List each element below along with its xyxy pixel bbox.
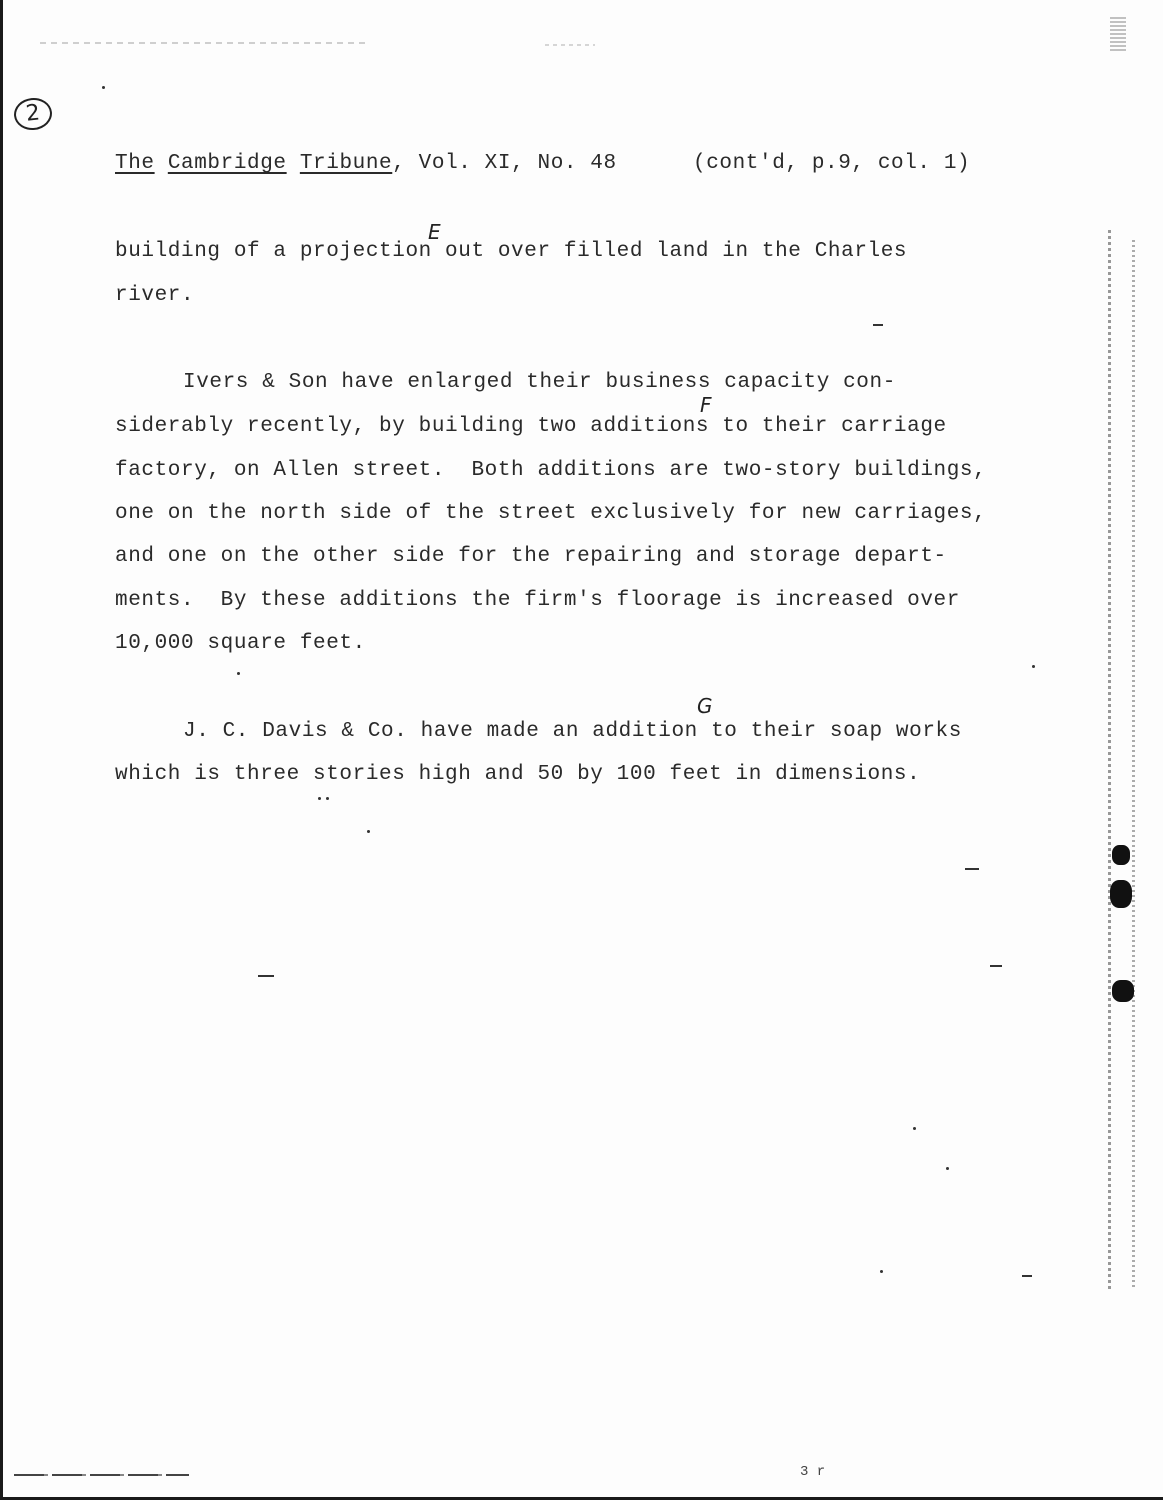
scan-speck [946, 1167, 949, 1170]
faint-top-text-2 [545, 44, 595, 46]
scan-speck [1022, 1275, 1032, 1277]
volume-info: , Vol. XI, No. 48 [392, 152, 616, 175]
paragraph-1-line-1: building of a projection out over filled… [115, 240, 907, 263]
scan-speck [318, 797, 321, 800]
annotation-g: G [697, 694, 713, 718]
scan-edge-strip [1108, 230, 1111, 1290]
scan-speck [965, 868, 979, 870]
title-word-tribune: Tribune [300, 152, 392, 175]
paragraph-2-line-4: one on the north side of the street excl… [115, 502, 986, 525]
citation-header: The Cambridge Tribune, Vol. XI, No. 48 [115, 152, 617, 175]
title-word-cambridge: Cambridge [168, 152, 287, 175]
paragraph-2-line-7: 10,000 square feet. [115, 632, 366, 655]
paragraph-1-line-2: river. [115, 284, 194, 307]
faint-top-text [40, 42, 370, 44]
scan-speck [990, 965, 1002, 967]
paragraph-3-line-1: J. C. Davis & Co. have made an addition … [183, 720, 962, 743]
paragraph-2-line-6: ments. By these additions the firm's flo… [115, 589, 960, 612]
scan-speck [880, 1270, 883, 1273]
ink-blot [1112, 845, 1130, 865]
scan-speck [913, 1127, 916, 1130]
scan-edge-strip-2 [1132, 240, 1135, 1290]
scan-speck [367, 830, 370, 833]
scan-speck [326, 797, 329, 800]
scan-speck [1032, 665, 1035, 668]
footer-rule [14, 1474, 189, 1476]
continuation-note: (cont'd, p.9, col. 1) [693, 152, 970, 175]
paragraph-2-line-5: and one on the other side for the repair… [115, 545, 947, 568]
handwritten-page-number: 2 [12, 96, 53, 132]
paragraph-2-line-1: Ivers & Son have enlarged their business… [183, 371, 896, 394]
paragraph-2-line-3: factory, on Allen street. Both additions… [115, 459, 986, 482]
corner-scan-mark [1110, 15, 1126, 51]
scan-speck [102, 86, 105, 89]
footer-mark: 3 r [800, 1464, 825, 1480]
scan-speck [873, 324, 883, 326]
scan-left-edge [0, 0, 3, 1500]
title-word-the: The [115, 152, 155, 175]
paragraph-2-line-2: siderably recently, by building two addi… [115, 415, 947, 438]
scan-speck [258, 975, 274, 977]
ink-blot [1112, 980, 1134, 1002]
scan-speck [237, 672, 240, 675]
annotation-f: F [700, 393, 712, 417]
document-page: 2 The Cambridge Tribune, Vol. XI, No. 48… [0, 0, 1163, 1500]
paragraph-3-line-2: which is three stories high and 50 by 10… [115, 763, 920, 786]
ink-blot [1110, 880, 1132, 908]
